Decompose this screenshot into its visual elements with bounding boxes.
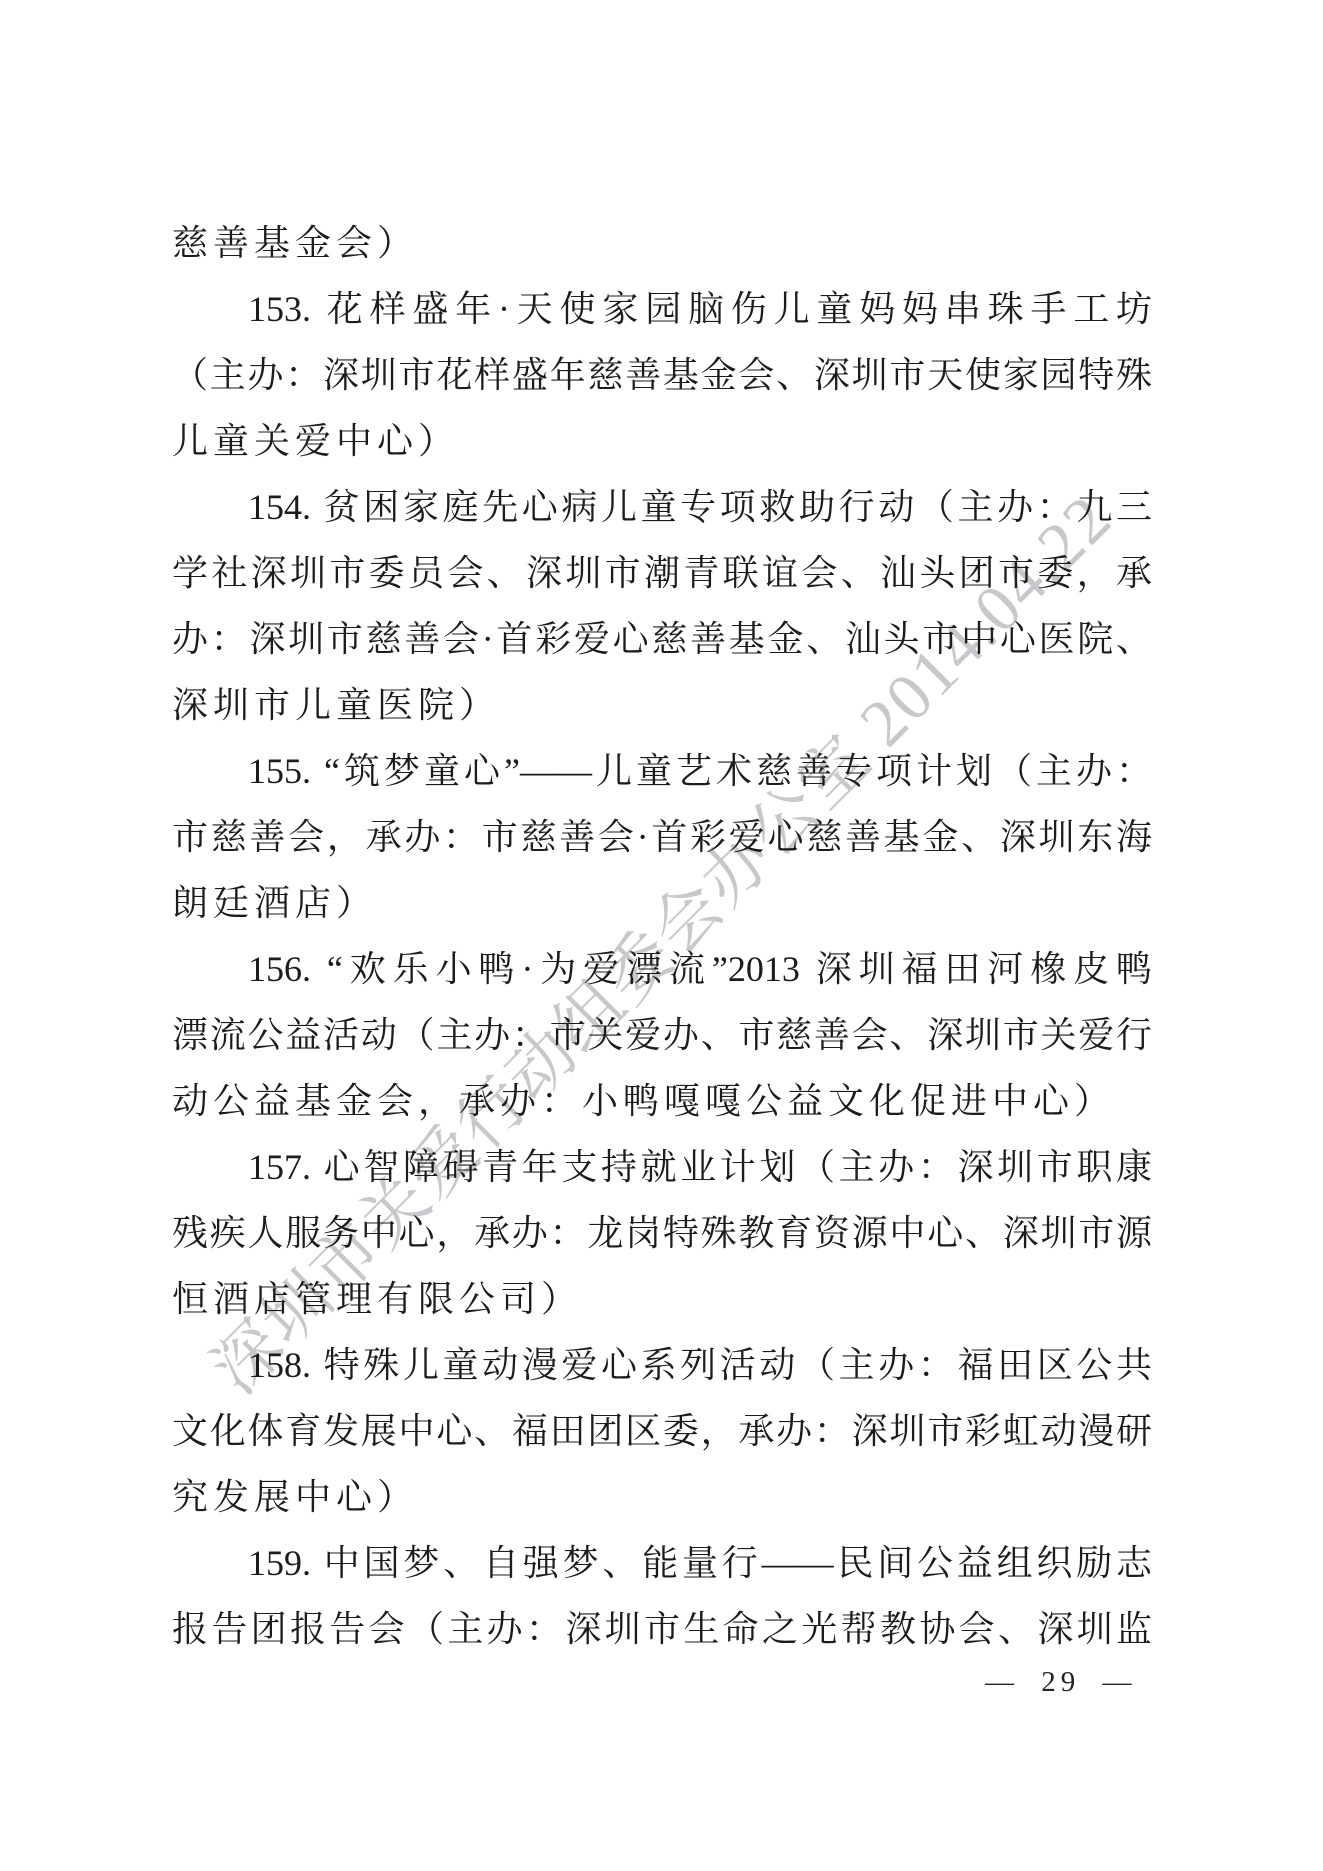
text-line: 159. 中国梦、自强梦、能量行——民间公益组织励志 [172, 1530, 1152, 1596]
page-number: — 29 — [985, 1666, 1137, 1699]
text-line: 158. 特殊儿童动漫爱心系列活动（主办：福田区公共 [172, 1332, 1152, 1398]
text-line: 办：深圳市慈善会·首彩爱心慈善基金、汕头市中心医院、 [172, 606, 1152, 672]
text-line: 儿童关爱中心） [172, 408, 1152, 474]
text-line: 154. 贫困家庭先心病儿童专项救助行动（主办：九三 [172, 474, 1152, 540]
text-line: 动公益基金会，承办：小鸭嘎嘎公益文化促进中心） [172, 1068, 1152, 1134]
document-page: 深圳市关爱行动组委会办公室 2014.04.22 慈善基金会）153. 花样盛年… [0, 0, 1323, 1871]
text-line: 漂流公益活动（主办：市关爱办、市慈善会、深圳市关爱行 [172, 1002, 1152, 1068]
text-line: 市慈善会，承办：市慈善会·首彩爱心慈善基金、深圳东海 [172, 804, 1152, 870]
text-line: 文化体育发展中心、福田团区委，承办：深圳市彩虹动漫研 [172, 1398, 1152, 1464]
text-line: 153. 花样盛年·天使家园脑伤儿童妈妈串珠手工坊 [172, 276, 1152, 342]
text-line: 155. “筑梦童心”——儿童艺术慈善专项计划（主办： [172, 738, 1152, 804]
text-line: 报告团报告会（主办：深圳市生命之光帮教协会、深圳监 [172, 1596, 1152, 1662]
document-body: 慈善基金会）153. 花样盛年·天使家园脑伤儿童妈妈串珠手工坊（主办：深圳市花样… [172, 210, 1152, 1662]
text-line: 慈善基金会） [172, 210, 1152, 276]
text-line: 深圳市儿童医院） [172, 672, 1152, 738]
text-line: 学社深圳市委员会、深圳市潮青联谊会、汕头团市委，承 [172, 540, 1152, 606]
text-line: 157. 心智障碍青年支持就业计划（主办：深圳市职康 [172, 1134, 1152, 1200]
text-line: 156. “欢乐小鸭·为爱漂流”2013 深圳福田河橡皮鸭 [172, 936, 1152, 1002]
text-line: 朗廷酒店） [172, 870, 1152, 936]
text-line: 究发展中心） [172, 1464, 1152, 1530]
text-line: 恒酒店管理有限公司） [172, 1266, 1152, 1332]
text-line: （主办：深圳市花样盛年慈善基金会、深圳市天使家园特殊 [172, 342, 1152, 408]
text-line: 残疾人服务中心，承办：龙岗特殊教育资源中心、深圳市源 [172, 1200, 1152, 1266]
